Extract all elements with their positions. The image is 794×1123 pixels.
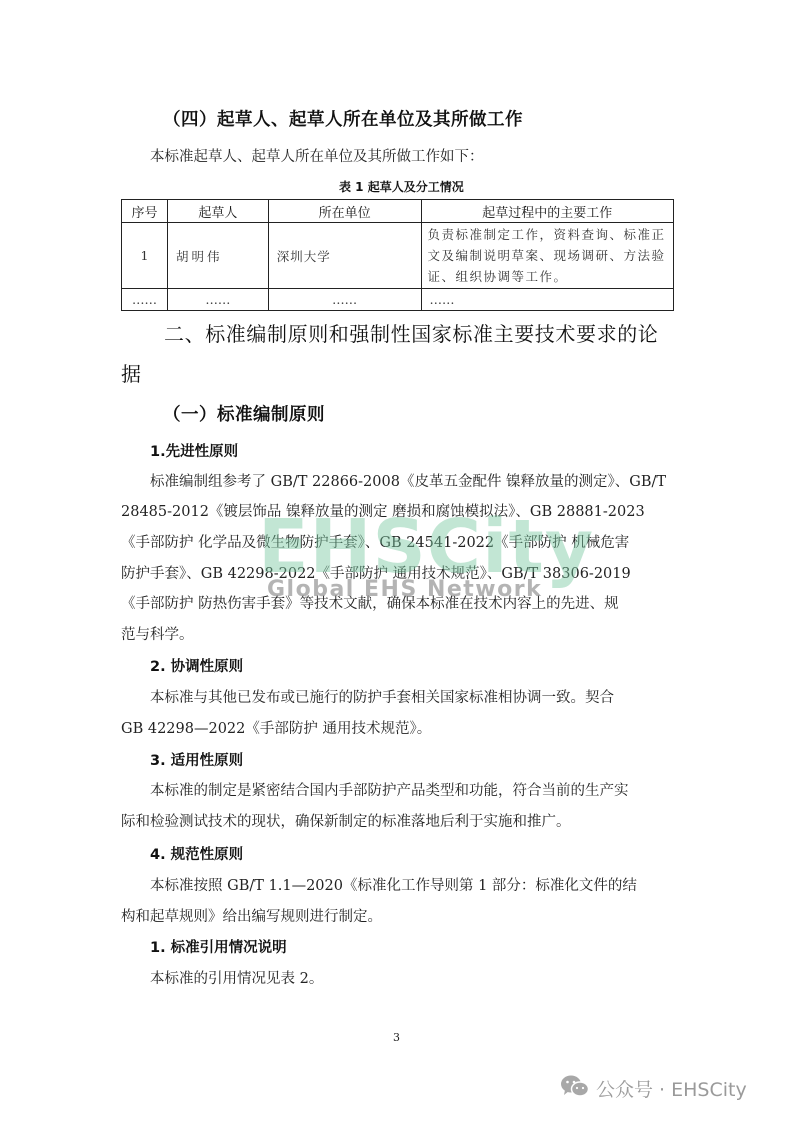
chapter-heading-line1: 二、标准编制原则和强制性国家标准主要技术要求的论 — [164, 318, 658, 347]
watermark-tagline: Global EHS Network — [267, 577, 542, 602]
section-heading-drafters: （四）起草人、起草人所在单位及其所做工作 — [163, 106, 523, 131]
table-caption: 表 1 起草人及分工情况 — [339, 178, 464, 195]
page-number: 3 — [393, 1031, 400, 1044]
paragraph-line: 构和起草规则》给出编写规则进行制定。 — [121, 905, 382, 926]
document-page: （四）起草人、起草人所在单位及其所做工作 本标准起草人、起草人所在单位及其所做工… — [0, 0, 794, 1123]
paragraph-line: 际和检验测试技术的现状，确保新制定的标准落地后利于实施和推广。 — [121, 810, 571, 831]
cell-unit: …… — [268, 289, 421, 311]
cell-no: …… — [122, 289, 168, 311]
paragraph-line: 本标准的制定是紧密结合国内手部防护产品类型和功能，符合当前的生产实 — [150, 779, 629, 800]
footer-brand: 公众号 · EHSCity — [560, 1074, 747, 1103]
principle-title: 3. 适用性原则 — [150, 749, 243, 770]
table-header-row: 序号 起草人 所在单位 起草过程中的主要工作 — [122, 200, 674, 223]
col-header-unit: 所在单位 — [268, 200, 421, 223]
cell-work-line: 证、组织协调等工作。 — [428, 266, 668, 287]
table-row: …… …… …… …… — [122, 289, 674, 311]
paragraph-line: 标准编制组参考了 GB/T 22866-2008《皮革五金配件 镍释放量的测定》… — [150, 470, 666, 491]
cell-work-line: 负责标准制定工作，资料查询、标准正 — [428, 224, 668, 245]
col-header-work: 起草过程中的主要工作 — [421, 200, 674, 223]
cell-no: 1 — [122, 223, 168, 289]
cell-drafter: …… — [167, 289, 268, 311]
table-row: 1 胡明伟 深圳大学 负责标准制定工作，资料查询、标准正 文及编制说明草案、现场… — [122, 223, 674, 289]
section-title-references: 1. 标准引用情况说明 — [150, 936, 287, 957]
col-header-no: 序号 — [122, 200, 168, 223]
cell-work-line: 文及编制说明草案、现场调研、方法验 — [428, 245, 668, 266]
drafters-table: 序号 起草人 所在单位 起草过程中的主要工作 1 胡明伟 深圳大学 负责标准制定… — [121, 199, 674, 311]
principle-title: 4. 规范性原则 — [150, 843, 243, 864]
cell-work: …… — [421, 289, 674, 311]
watermark-logo: EHSCity — [258, 510, 594, 584]
cell-drafter: 胡明伟 — [167, 223, 268, 289]
wechat-icon — [560, 1074, 590, 1103]
paragraph-line: GB 42298—2022《手部防护 通用技术规范》。 — [121, 717, 431, 738]
paragraph-line: 本标准与其他已发布或已施行的防护手套相关国家标准相协调一致。契合 — [150, 686, 614, 707]
chapter-heading-line2: 据 — [121, 358, 142, 387]
paragraph-line: 范与科学。 — [121, 623, 194, 644]
paragraph-line: 本标准按照 GB/T 1.1—2020《标准化工作导则第 1 部分：标准化文件的… — [150, 874, 637, 895]
principle-title: 2. 协调性原则 — [150, 655, 243, 676]
footer-label: 公众号 · EHSCity — [596, 1075, 747, 1102]
subsection-heading-principles: （一）标准编制原则 — [163, 401, 325, 426]
cell-unit: 深圳大学 — [268, 223, 421, 289]
paragraph-line: 本标准的引用情况见表 2。 — [150, 967, 323, 988]
section-intro: 本标准起草人、起草人所在单位及其所做工作如下： — [150, 145, 484, 166]
cell-work: 负责标准制定工作，资料查询、标准正 文及编制说明草案、现场调研、方法验 证、组织… — [421, 223, 674, 289]
principle-title: 1.先进性原则 — [150, 440, 238, 461]
col-header-drafter: 起草人 — [167, 200, 268, 223]
